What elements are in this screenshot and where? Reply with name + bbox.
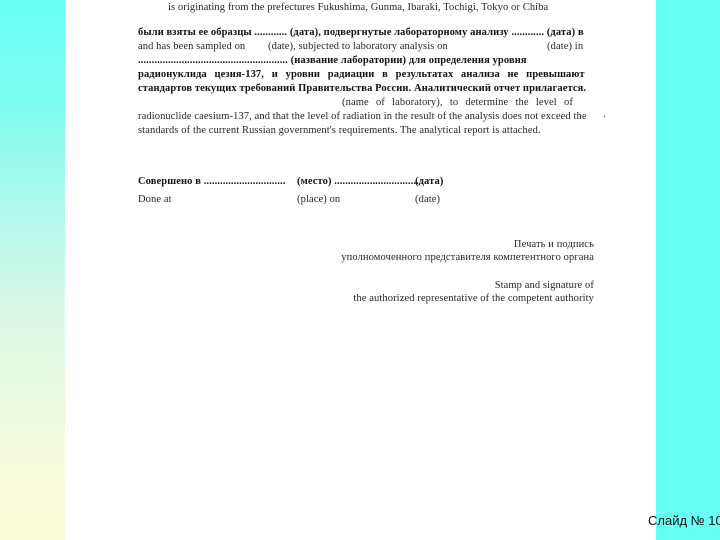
doc-line-done-ru-2: (место) ............................... <box>297 176 419 187</box>
doc-line-done-ru-3: (дата) <box>415 176 443 187</box>
doc-line-stamp-ru-1: Печать и подпись <box>514 239 594 250</box>
doc-line-stamp-ru-2: уполномоченного представителя компетентн… <box>341 252 594 263</box>
doc-line-sampled-en-2: (date), subjected to laboratory analysis… <box>268 41 448 52</box>
document-page: is originating from the prefectures Fuku… <box>65 0 656 540</box>
doc-line-lab-ru-3: стандартов текущих требований Правительс… <box>138 83 586 94</box>
doc-line-lab-en-3: standards of the current Russian governm… <box>138 125 541 136</box>
doc-line-lab-ru-1: ........................................… <box>138 55 527 66</box>
slide-background-left-gradient <box>0 0 65 540</box>
doc-line-done-en-1: Done at <box>138 194 172 205</box>
doc-line-done-en-3: (date) <box>415 194 440 205</box>
doc-line-done-en-2: (place) on <box>297 194 340 205</box>
doc-line-lab-en-2: radionuclide caesium-137, and that the l… <box>138 111 587 122</box>
doc-line-lab-ru-2: радионуклида цезия-137, и уровни радиаци… <box>138 69 585 80</box>
doc-line-intro: is originating from the prefectures Fuku… <box>168 2 548 13</box>
scan-artifact-mark: ’ <box>603 114 606 124</box>
doc-line-sampled-en-3: (date) in <box>547 41 583 52</box>
doc-line-sampled-ru: были взяты ее образцы ............ (дата… <box>138 27 584 38</box>
doc-line-stamp-en-1: Stamp and signature of <box>495 280 594 291</box>
doc-line-sampled-en-1: and has been sampled on <box>138 41 245 52</box>
doc-line-stamp-en-2: the authorized representative of the com… <box>353 293 594 304</box>
slide-number-label: Слайд № 10 <box>648 513 720 528</box>
doc-line-lab-en-1: (name of laboratory), to determine the l… <box>342 97 573 108</box>
slide-background-right <box>656 0 720 540</box>
doc-line-done-ru-1: Совершено в ............................… <box>138 176 285 187</box>
